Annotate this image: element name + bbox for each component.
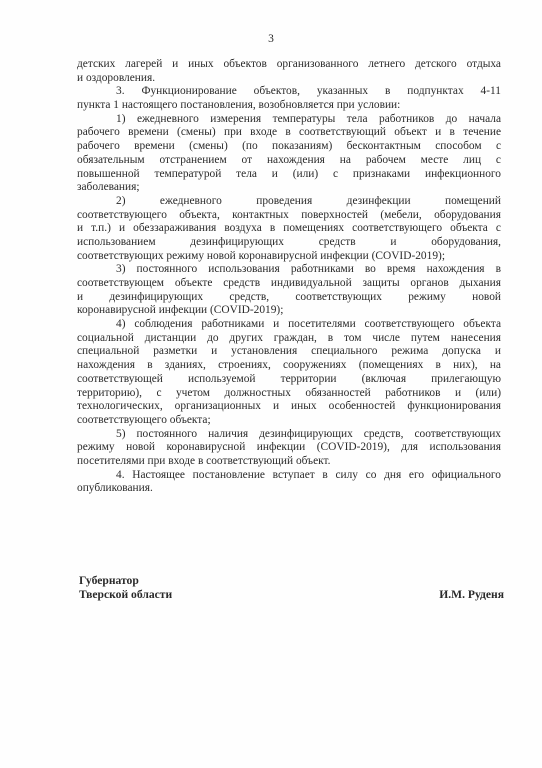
signature-block: Губернатор Тверской области И.М. Руденя [79, 574, 504, 602]
page-number: 3 [0, 33, 542, 45]
text-line: заболевания; [77, 181, 501, 195]
text-line: соответствующих режиму новой коронавирус… [77, 250, 501, 264]
text-line: и дезинфицирующих средств, соответствующ… [77, 291, 501, 305]
paragraph-4-first-line: 4. Настоящее постановление вступает в си… [77, 469, 501, 483]
text-line: соответствующего объекта, контактных пов… [77, 209, 501, 223]
text-line: детских лагерей и иных объектов организо… [77, 58, 501, 72]
text-line: обязательным отстранением от нахождения … [77, 154, 501, 168]
text-line: коронавирусной инфекции (COVID-2019); [77, 304, 501, 318]
subitem-1-first-line: 1) ежедневного измерения температуры тел… [77, 113, 501, 127]
text-line: повышенной температурой тела и (или) с п… [77, 168, 501, 182]
signatory-name: И.М. Руденя [439, 588, 504, 602]
text-line: и оздоровления. [77, 72, 501, 86]
text-line: соответствующей используемой территории … [77, 373, 501, 387]
paragraph-3-first-line: 3. Функционирование объектов, указанных … [77, 85, 501, 99]
text-line: опубликования. [77, 482, 501, 496]
document-body: детских лагерей и иных объектов организо… [77, 58, 501, 496]
text-line: рабочего времени (смены) при входе в соо… [77, 126, 501, 140]
text-line: технологических, организационных и иных … [77, 400, 501, 414]
text-line: специальной разметки и установления спец… [77, 345, 501, 359]
subitem-3-first-line: 3) постоянного использования работниками… [77, 263, 501, 277]
subitem-5-first-line: 5) постоянного наличия дезинфицирующих с… [77, 428, 501, 442]
text-line: режиму новой коронавирусной инфекции (CO… [77, 441, 501, 455]
subitem-2-first-line: 2) ежедневного проведения дезинфекции по… [77, 195, 501, 209]
text-line: пункта 1 настоящего постановления, возоб… [77, 99, 501, 113]
text-line: соответствующем объекте средств индивиду… [77, 277, 501, 291]
text-line: социальной дистанции до других граждан, … [77, 332, 501, 346]
text-line: нахождения в зданиях, строениях, сооруже… [77, 359, 501, 373]
signatory-title-line1: Губернатор [79, 574, 504, 588]
text-line: рабочего времени (смены) (по показаниям)… [77, 140, 501, 154]
text-line: территорию), с учетом должностных обязан… [77, 387, 501, 401]
text-line: и т.п.) и обеззараживания воздуха в поме… [77, 222, 501, 236]
text-line: соответствующего объекта; [77, 414, 501, 428]
text-line: использованием дезинфицирующих средств и… [77, 236, 501, 250]
subitem-4-first-line: 4) соблюдения работниками и посетителями… [77, 318, 501, 332]
text-line: посетителями при входе в соответствующий… [77, 455, 501, 469]
